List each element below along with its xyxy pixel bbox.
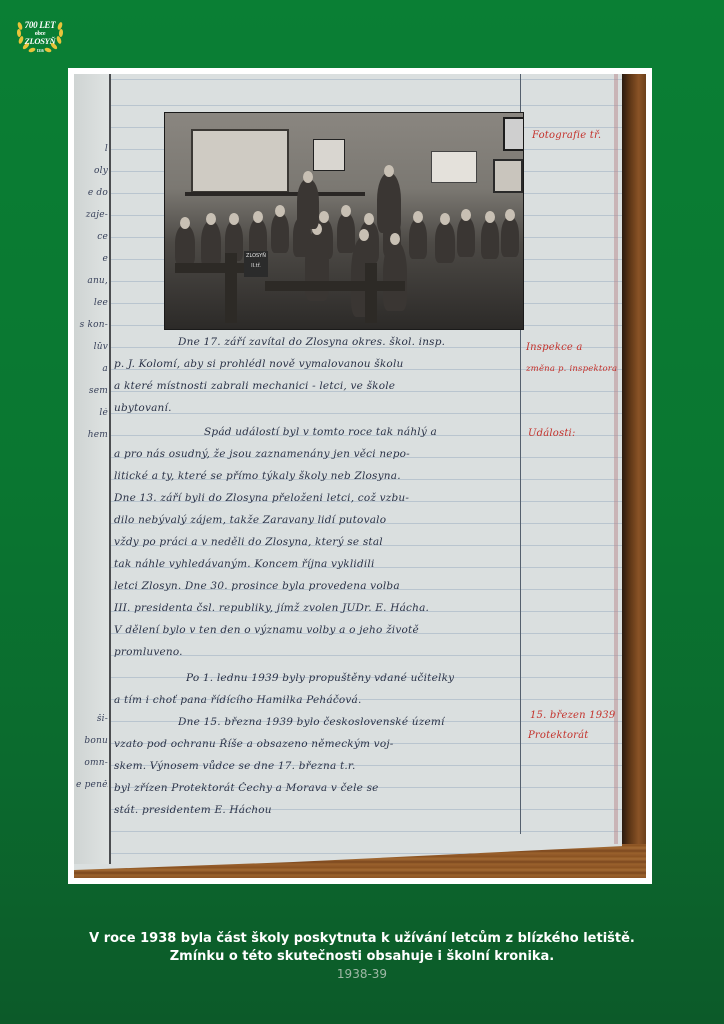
pupil-figure: [435, 221, 455, 263]
handwritten-line: Dne 17. září zavítal do Zlosyna okres. š…: [178, 336, 445, 348]
pupil-face: [390, 233, 400, 245]
logo: 700 LET obce ZLOSYŇ 1316: [14, 12, 66, 56]
handwritten-line: vzato pod ochranu Říše a obsazeno německ…: [114, 738, 394, 750]
pupil-face: [319, 211, 329, 223]
pupil-face: [461, 209, 471, 221]
school-desk: [365, 263, 377, 323]
left-page-fragment: ši-: [76, 714, 108, 724]
left-page-fragment: bonu: [76, 736, 108, 746]
handwritten-line: V dělení bylo v ten den o významu volby …: [114, 624, 419, 636]
left-page-fragment: e do: [76, 188, 108, 198]
pupil-face: [359, 229, 369, 241]
left-page-fragment: e: [76, 254, 108, 264]
left-page-fragment: lee: [76, 298, 108, 308]
pupil-figure: [457, 217, 475, 257]
handwritten-line: a pro nás osudný, že jsou zaznamenány je…: [114, 448, 410, 460]
pupil-figure: [271, 213, 289, 253]
wall-picture: [313, 139, 345, 171]
wall-map: [191, 129, 289, 193]
pupil-face: [229, 213, 239, 225]
wall-picture: [431, 151, 477, 183]
left-page-fragment: lé: [76, 408, 108, 418]
pupil-figure: [409, 219, 427, 259]
wall-picture: [493, 159, 523, 193]
left-page-fragment: omn-: [76, 758, 108, 768]
left-page-fragment: lův: [76, 342, 108, 352]
left-page-fragment: sem: [76, 386, 108, 396]
handwritten-line: Po 1. lednu 1939 byly propuštěny vdané u…: [186, 672, 454, 684]
handwritten-line: promluveno.: [114, 646, 183, 658]
pupil-figure: [383, 241, 407, 311]
class-sign-name: ZLOSYŇ: [244, 251, 268, 261]
pupil-figure: [201, 221, 221, 267]
pupil-face: [275, 205, 285, 217]
caption-line-1: V roce 1938 byla část školy poskytnuta k…: [0, 930, 724, 948]
pupil-figure: [377, 173, 401, 233]
logo-year: 1316: [14, 48, 66, 53]
page-fold: [109, 74, 111, 864]
chronicle-page: lolye dozaje-ceeanu,lees kon-lůvasemléhe…: [74, 74, 622, 870]
handwritten-line: a které místnosti zabrali mechanici - le…: [114, 380, 395, 392]
pupil-figure: [175, 225, 195, 265]
left-page-fragment: oly: [76, 166, 108, 176]
logo-title: 700 LET: [14, 20, 66, 30]
handwritten-line: skem. Výnosem vůdce se dne 17. března t.…: [114, 760, 356, 772]
pupil-face: [303, 171, 313, 183]
pupil-face: [384, 165, 394, 177]
handwritten-line: vždy po práci a v neděli do Zlosyna, kte…: [114, 536, 383, 548]
handwritten-line: dilo nebývalý zájem, takže Zaravany lidí…: [114, 514, 386, 526]
handwritten-line: byl zřízen Protektorát Čechy a Morava v …: [114, 782, 379, 794]
chronicle-photo-frame: lolye dozaje-ceeanu,lees kon-lůvasemléhe…: [68, 68, 652, 884]
handwritten-line: litické a ty, které se přímo týkaly škol…: [114, 470, 401, 482]
handwritten-line: ubytovaní.: [114, 402, 172, 414]
wall-picture: [503, 117, 524, 151]
handwritten-line: Dne 15. března 1939 bylo československé …: [178, 716, 445, 728]
left-page-fragment: a: [76, 364, 108, 374]
handwritten-line: a tím i choť pana řídícího Hamilka Peháč…: [114, 694, 362, 706]
left-page-fragment: s kon-: [76, 320, 108, 330]
pupil-figure: [297, 179, 319, 229]
handwritten-line: tak náhle vyhledávaným. Koncem října vyk…: [114, 558, 375, 570]
margin-note-photo: Fotografie tř.: [532, 130, 601, 141]
margin-note-protectorate: Protektorát: [528, 730, 589, 741]
classroom-photo: ZLOSYŇ II.tř.: [164, 112, 524, 330]
pupil-face: [364, 213, 374, 225]
handwritten-line: stát. presidentem E. Háchou: [114, 804, 272, 816]
logo-village: ZLOSYŇ: [14, 36, 66, 46]
left-page-fragment: anu,: [76, 276, 108, 286]
left-page-fragment: zaje-: [76, 210, 108, 220]
pupil-figure: [501, 217, 519, 257]
left-page-fragment: ce: [76, 232, 108, 242]
pupil-face: [206, 213, 216, 225]
handwritten-line: Dne 13. září byli do Zlosyna přeloženi l…: [114, 492, 409, 504]
handwritten-line: p. J. Kolomí, aby si prohlédl nově vymal…: [114, 358, 403, 370]
page-edge: [614, 74, 618, 844]
pupil-face: [505, 209, 515, 221]
pupil-face: [253, 211, 263, 223]
handwritten-line: Spád událostí byl v tomto roce tak náhlý…: [204, 426, 437, 438]
coat-rail: [185, 192, 365, 196]
pupil-face: [440, 213, 450, 225]
chronicle-photo: lolye dozaje-ceeanu,lees kon-lůvasemléhe…: [74, 74, 646, 878]
caption-year: 1938-39: [0, 965, 724, 983]
margin-note-events: Události:: [528, 428, 576, 439]
class-sign: ZLOSYŇ II.tř.: [244, 251, 268, 277]
margin-note-inspection: Inspekce a: [526, 342, 583, 353]
left-page-fragment: e peněz: [76, 780, 108, 790]
pupil-figure: [337, 213, 355, 253]
pupil-face: [413, 211, 423, 223]
pupil-face: [485, 211, 495, 223]
school-desk: [225, 253, 237, 323]
left-page-fragment: hem: [76, 430, 108, 440]
margin-note-inspector-change: změna p. inspektora: [526, 364, 617, 374]
margin-note-date: 15. březen 1939: [530, 710, 615, 721]
school-desk: [265, 281, 405, 291]
book-spine: [622, 74, 646, 844]
handwritten-line: letci Zlosyn. Dne 30. prosince byla prov…: [114, 580, 400, 592]
class-sign-grade: II.tř.: [244, 261, 268, 271]
pupil-face: [180, 217, 190, 229]
caption-line-2: Zmínku o této skutečnosti obsahuje i ško…: [0, 948, 724, 966]
left-page-fragment: l: [76, 144, 108, 154]
pupil-figure: [481, 219, 499, 259]
pupil-face: [341, 205, 351, 217]
handwritten-line: III. presidenta čsl. republiky, jímž zvo…: [114, 602, 429, 614]
